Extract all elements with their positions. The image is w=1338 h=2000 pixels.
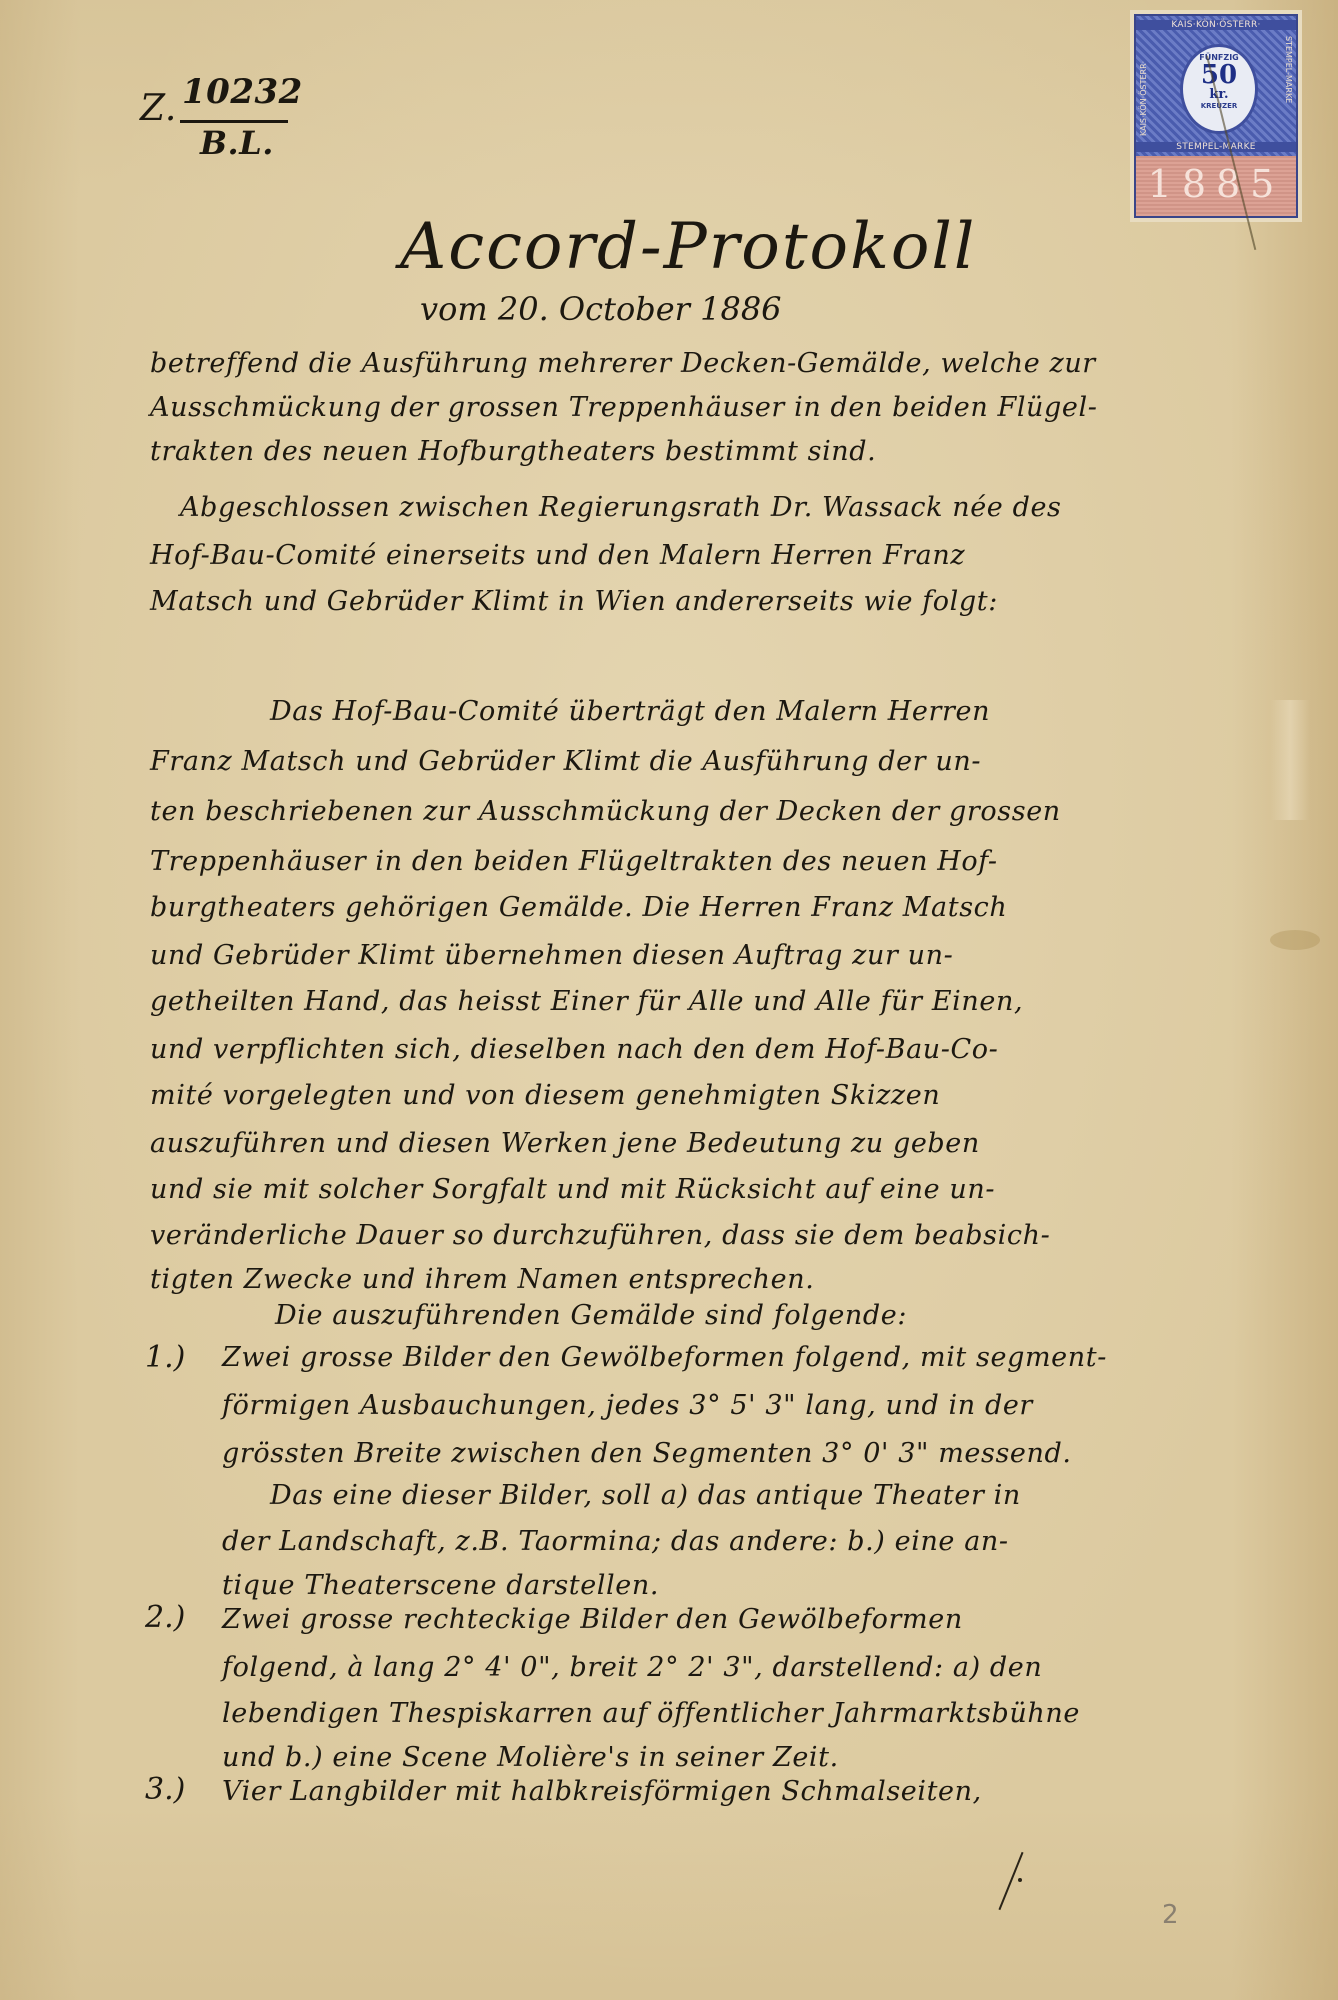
item-line: tique Theaterscene darstellen. — [222, 1570, 659, 1601]
reference-number: Z. 10232 B.L. — [140, 68, 300, 158]
item-line: der Landschaft, z.B. Taormina; das ander… — [222, 1526, 1009, 1557]
reference-denominator: B.L. — [200, 124, 274, 162]
main-line: ten beschriebenen zur Ausschmückung der … — [150, 796, 1061, 827]
paper-stain — [1270, 930, 1320, 950]
main-line: Treppenhäuser in den beiden Flügeltrakte… — [150, 846, 998, 877]
main-line: Franz Matsch und Gebrüder Klimt die Ausf… — [150, 746, 981, 777]
main-line: und sie mit solcher Sorgfalt und mit Rüc… — [150, 1174, 995, 1205]
revenue-stamp: KAIS·KÖN·ÖSTERR· KAIS·KÖN·ÖSTERR· STEMPE… — [1134, 14, 1298, 218]
list-intro: Die auszuführenden Gemälde sind folgende… — [275, 1300, 907, 1331]
item-number: 3.) — [145, 1772, 185, 1807]
main-line: getheilten Hand, das heisst Einer für Al… — [150, 986, 1023, 1017]
item-number: 1.) — [145, 1340, 185, 1375]
item-line: lebendigen Thespiskarren auf öffentliche… — [222, 1698, 1080, 1729]
page-number: 2 — [1162, 1900, 1179, 1930]
paper-crease — [1270, 700, 1310, 820]
continuation-mark-dot — [1018, 1878, 1022, 1882]
intro-line: betreffend die Ausführung mehrerer Decke… — [150, 348, 1096, 379]
main-line: und Gebrüder Klimt übernehmen diesen Auf… — [150, 940, 953, 971]
reference-fraction-bar — [180, 120, 288, 123]
document-title: Accord-Protokoll — [400, 210, 976, 284]
main-line: veränderliche Dauer so durchzuführen, da… — [150, 1220, 1050, 1251]
item-line: Das eine dieser Bilder, soll a) das anti… — [270, 1480, 1021, 1511]
stamp-year: 1885 — [1136, 162, 1296, 206]
stamp-side-left-text: KAIS·KÖN·ÖSTERR· — [1139, 36, 1148, 136]
document-page: Z. 10232 B.L. KAIS·KÖN·ÖSTERR· KAIS·KÖN·… — [0, 0, 1338, 2000]
main-line: auszuführen und diesen Werken jene Bedeu… — [150, 1128, 980, 1159]
parties-line: Matsch und Gebrüder Klimt in Wien andere… — [150, 586, 998, 617]
document-date: vom 20. October 1886 — [420, 290, 782, 328]
reference-prefix: Z. — [140, 88, 177, 129]
stamp-value: 50 — [1183, 62, 1255, 88]
item-line: folgend, à lang 2° 4' 0", breit 2° 2' 3"… — [222, 1652, 1042, 1683]
main-line: und verpflichten sich, dieselben nach de… — [150, 1034, 998, 1065]
intro-line: trakten des neuen Hofburgtheaters bestim… — [150, 436, 876, 467]
item-line: förmigen Ausbauchungen, jedes 3° 5' 3" l… — [222, 1390, 1033, 1421]
item-number: 2.) — [145, 1600, 185, 1635]
main-line: mité vorgelegten und von diesem genehmig… — [150, 1080, 940, 1111]
stamp-side-right-text: STEMPEL-MARKE — [1284, 36, 1293, 136]
reference-numerator: 10232 — [182, 72, 303, 112]
stamp-top-text: KAIS·KÖN·ÖSTERR· — [1136, 20, 1296, 30]
main-line: Das Hof-Bau-Comité überträgt den Malern … — [270, 696, 990, 727]
item-line: Vier Langbilder mit halbkreisförmigen Sc… — [222, 1776, 982, 1807]
parties-line: Hof-Bau-Comité einerseits und den Malern… — [150, 540, 965, 571]
item-line: Zwei grosse rechteckige Bilder den Gewöl… — [222, 1604, 963, 1635]
intro-line: Ausschmückung der grossen Treppenhäuser … — [150, 392, 1097, 423]
item-line: grössten Breite zwischen den Segmenten 3… — [222, 1438, 1072, 1469]
parties-line: Abgeschlossen zwischen Regierungsrath Dr… — [180, 492, 1061, 523]
main-line: burgtheaters gehörigen Gemälde. Die Herr… — [150, 892, 1007, 923]
item-line: und b.) eine Scene Molière's in seiner Z… — [222, 1742, 839, 1773]
item-line: Zwei grosse Bilder den Gewölbeformen fol… — [222, 1342, 1107, 1373]
stamp-value-medallion: FÜNFZIG 50 kr. KREUZER — [1180, 44, 1258, 134]
main-line: tigten Zwecke und ihrem Namen entspreche… — [150, 1264, 814, 1295]
stamp-mid-text: STEMPEL-MARKE — [1136, 142, 1296, 152]
